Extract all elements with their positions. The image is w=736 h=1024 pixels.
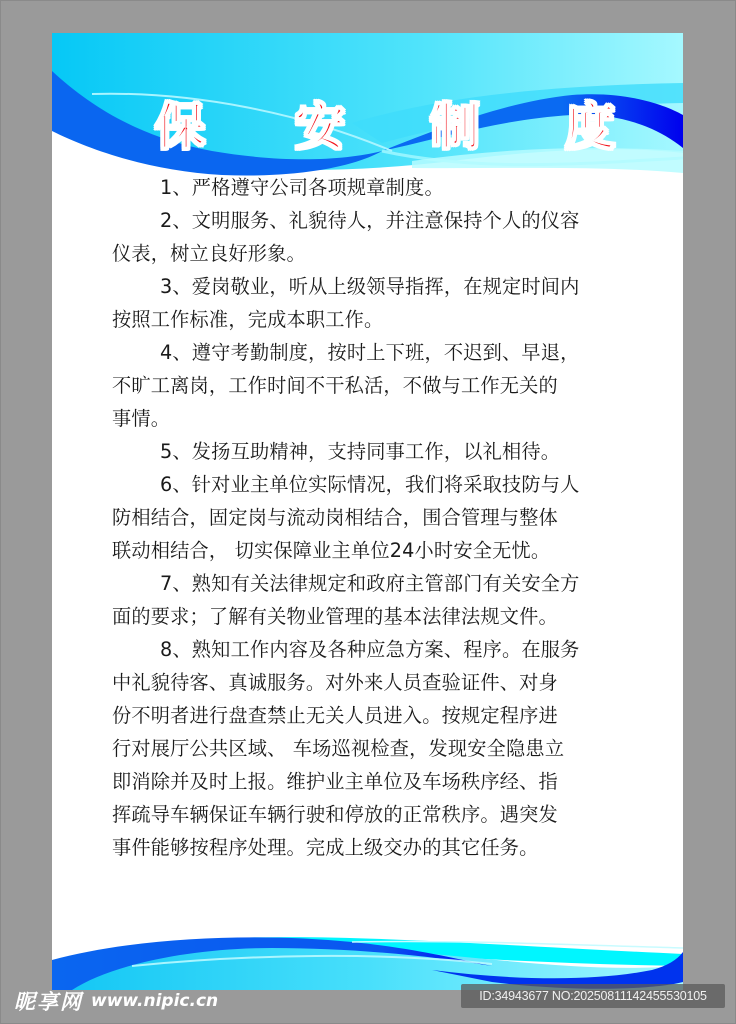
rule-line: 份不明者进行盘查禁止无关人员进入。按规定程序进 [112, 699, 632, 732]
watermark-url: www.nipic.cn [91, 991, 218, 1011]
bottom-wave-decoration [52, 930, 683, 990]
rule-line: 不旷工离岗，工作时间不干私活，不做与工作无关的 [112, 369, 632, 402]
rule-line: 挥疏导车辆保证车辆行驶和停放的正常秩序。遇突发 [112, 798, 632, 831]
rule-line: 8、熟知工作内容及各种应急方案、程序。在服务 [112, 633, 632, 666]
title-char-2: 安 [295, 95, 345, 159]
title-char-3: 制 [430, 95, 480, 159]
rule-line: 3、爱岗敬业，听从上级领导指挥，在规定时间内 [112, 270, 632, 303]
rule-item-6: 6、针对业主单位实际情况，我们将采取技防与人 防相结合，固定岗与流动岗相结合，围… [112, 468, 632, 567]
rule-line: 按照工作标准，完成本职工作。 [112, 303, 632, 336]
watermark-brand-name: 昵享网 [14, 986, 83, 1016]
rule-item-8: 8、熟知工作内容及各种应急方案、程序。在服务 中礼貌待客、真诚服务。对外来人员查… [112, 633, 632, 864]
rule-line: 2、文明服务、礼貌待人，并注意保持个人的仪容 [112, 204, 632, 237]
rule-line: 防相结合，固定岗与流动岗相结合，围合管理与整体 [112, 501, 632, 534]
rule-line: 中礼貌待客、真诚服务。对外来人员查验证件、对身 [112, 666, 632, 699]
rule-line: 行对展厅公共区域、 车场巡视检查，发现安全隐患立 [112, 732, 632, 765]
rule-line: 联动相结合， 切实保障业主单位24小时安全无忧。 [112, 534, 632, 567]
poster: 保 安 制 度 1、严格遵守公司各项规章制度。 2、文明服务、礼貌待人，并注意保… [52, 33, 683, 990]
watermark-id-badge: ID:34943677 NO:20250811142455530105 [461, 984, 725, 1008]
rule-line: 事件能够按程序处理。完成上级交办的其它任务。 [112, 831, 632, 864]
rule-item-7: 7、熟知有关法律规定和政府主管部门有关安全方 面的要求；了解有关物业管理的基本法… [112, 567, 632, 633]
title-char-1: 保 [155, 95, 205, 159]
rule-line: 面的要求；了解有关物业管理的基本法律法规文件。 [112, 600, 632, 633]
rule-item-4: 4、遵守考勤制度，按时上下班，不迟到、早退， 不旷工离岗，工作时间不干私活，不做… [112, 336, 632, 435]
rule-line: 事情。 [112, 402, 632, 435]
rule-line: 6、针对业主单位实际情况，我们将采取技防与人 [112, 468, 632, 501]
rule-line: 仪表，树立良好形象。 [112, 237, 632, 270]
poster-title: 保 安 制 度 [52, 95, 683, 165]
title-char-4: 度 [565, 95, 615, 159]
watermark-brand: 昵享网 www.nipic.cn [14, 984, 218, 1018]
rule-line: 5、发扬互助精神，支持同事工作，以礼相待。 [112, 435, 632, 468]
rules-list: 1、严格遵守公司各项规章制度。 2、文明服务、礼貌待人，并注意保持个人的仪容 仪… [112, 171, 632, 864]
rule-line: 4、遵守考勤制度，按时上下班，不迟到、早退， [112, 336, 632, 369]
rule-item-1: 1、严格遵守公司各项规章制度。 [112, 171, 632, 204]
rule-item-2: 2、文明服务、礼貌待人，并注意保持个人的仪容 仪表，树立良好形象。 [112, 204, 632, 270]
rule-line: 即消除并及时上报。维护业主单位及车场秩序经、指 [112, 765, 632, 798]
rule-line: 7、熟知有关法律规定和政府主管部门有关安全方 [112, 567, 632, 600]
rule-item-3: 3、爱岗敬业，听从上级领导指挥，在规定时间内 按照工作标准，完成本职工作。 [112, 270, 632, 336]
rule-item-5: 5、发扬互助精神，支持同事工作，以礼相待。 [112, 435, 632, 468]
rule-line: 1、严格遵守公司各项规章制度。 [112, 171, 632, 204]
